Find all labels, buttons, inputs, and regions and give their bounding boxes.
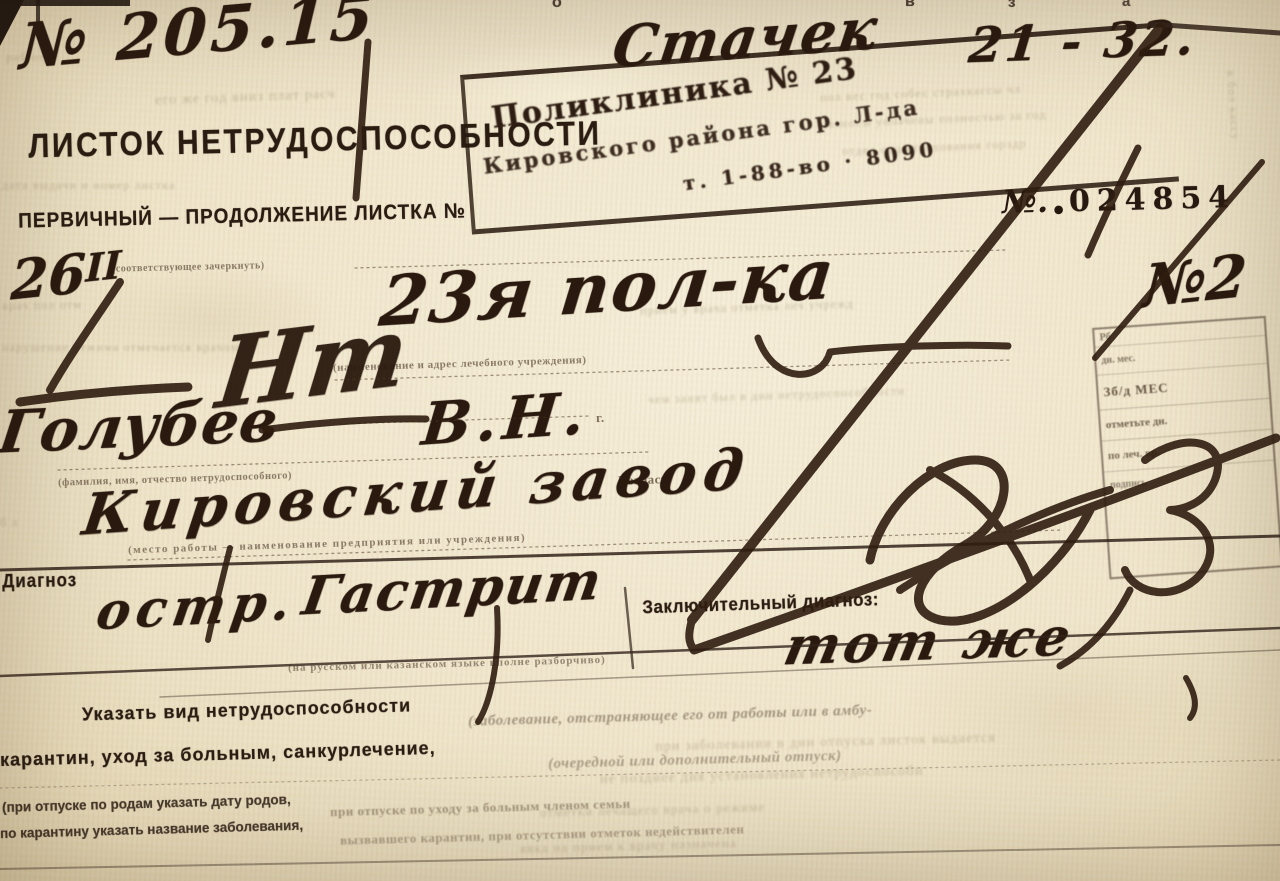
rule-below-diagnosis-2 (160, 650, 1280, 697)
dotted-line-instructions (0, 760, 1280, 788)
dotted-line-address (335, 360, 1012, 380)
rule-above-diagnosis (0, 536, 1280, 570)
rule-bottom (0, 845, 1280, 869)
final-diagnosis-comma (1186, 678, 1195, 718)
clinic-tail-flourish (758, 338, 1008, 374)
z-mark-tail (1060, 590, 1130, 666)
slash-date (50, 282, 120, 390)
divider-final-diagnosis (625, 588, 633, 668)
slash-after-case-number (356, 42, 368, 198)
rule-below-diagnosis (0, 628, 1280, 676)
document-photo: о в з а его же год вниз плат расч раб от… (0, 0, 1280, 881)
pen-strokes-layer (0, 0, 1280, 881)
stamp-top-extension (1150, 24, 1280, 33)
diagnosis-descender (478, 608, 498, 722)
slash-after-stamp-number (1088, 148, 1138, 255)
dotted-line-name (58, 452, 648, 470)
diagnosis-ascender (208, 548, 230, 640)
cross-stroke-upper (692, 28, 1160, 620)
dash-under-date (20, 387, 188, 402)
dash-after-surname (262, 419, 426, 430)
dotted-line-clinic (355, 250, 1005, 268)
